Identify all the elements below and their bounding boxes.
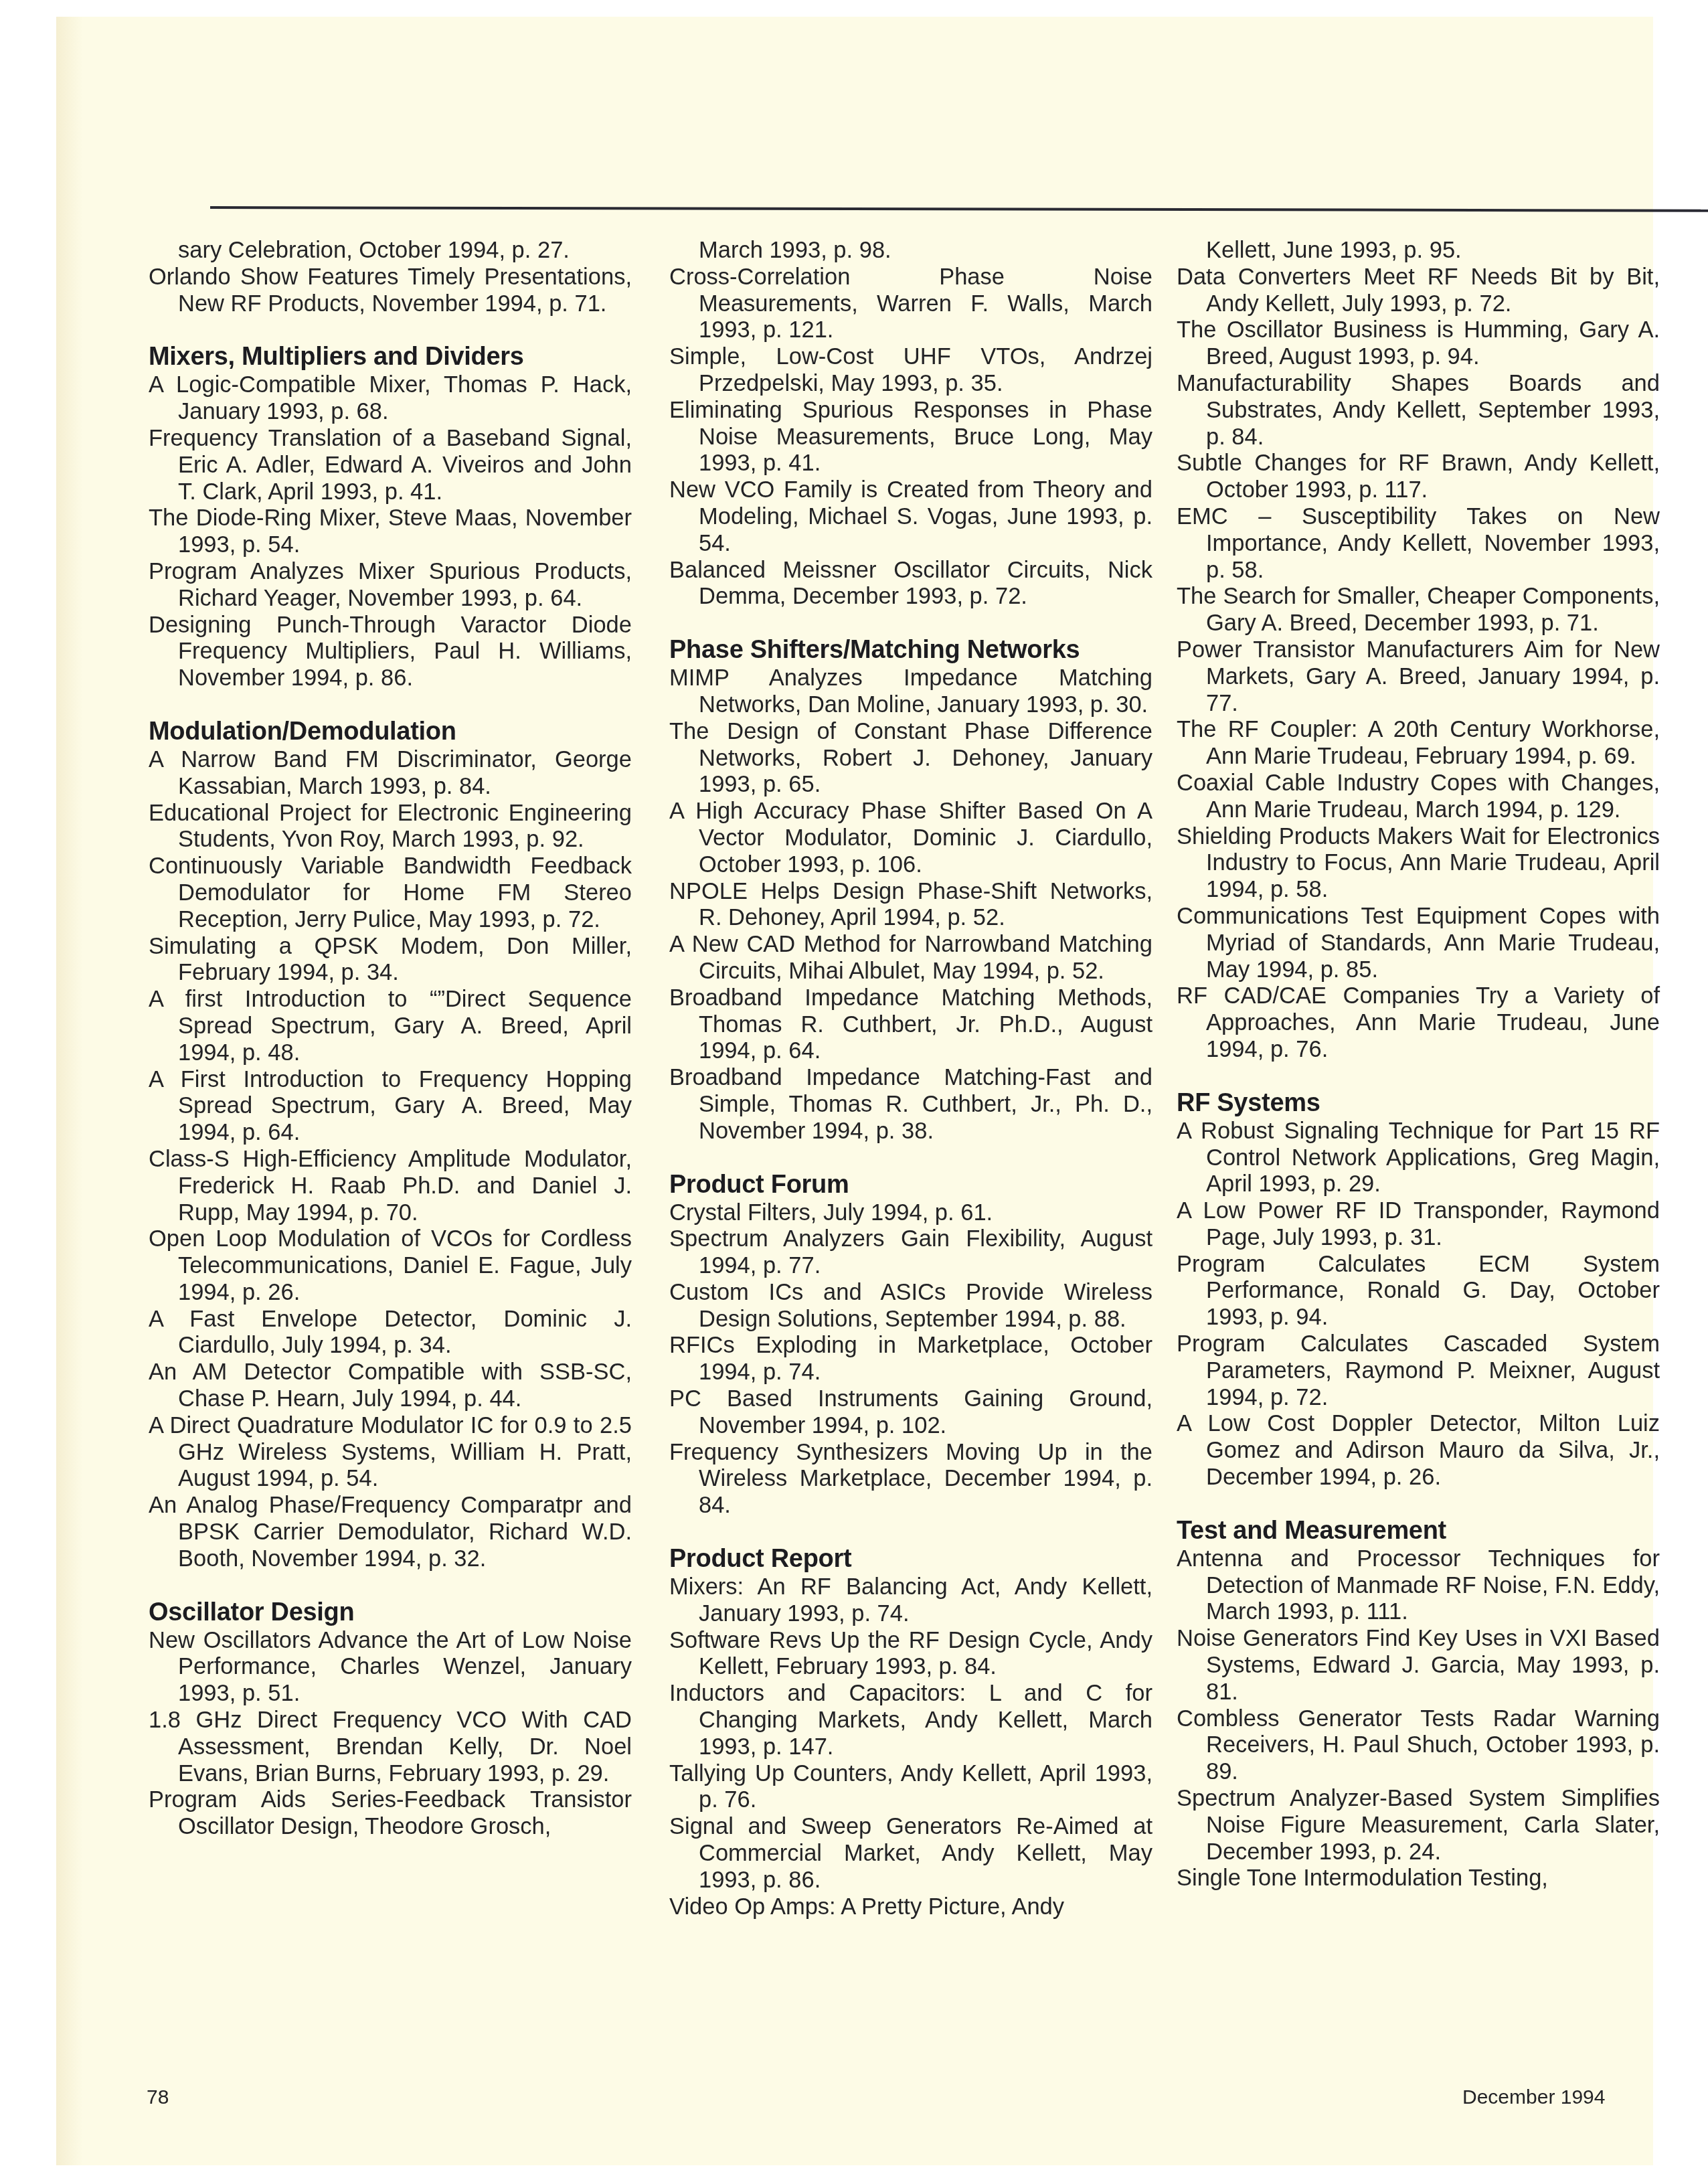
index-entry: PC Based Instruments Gaining Ground, Nov…	[669, 1386, 1152, 1440]
section-heading: Test and Measurement	[1177, 1517, 1660, 1545]
index-entry: Video Op Amps: A Pretty Picture, Andy	[669, 1894, 1152, 1921]
index-column-3: Kellett, June 1993, p. 95.Data Converter…	[1177, 238, 1660, 1892]
index-entry: A High Accuracy Phase Shifter Based On A…	[669, 799, 1152, 878]
index-entry: Communications Test Equipment Copes with…	[1177, 904, 1660, 983]
section-heading: Oscillator Design	[149, 1598, 632, 1626]
section-heading: Mixers, Multipliers and Dividers	[149, 343, 632, 371]
index-entry: Data Converters Meet RF Needs Bit by Bit…	[1177, 264, 1660, 318]
index-entry: A Logic-Compatible Mixer, Thomas P. Hack…	[149, 372, 632, 426]
index-entry: Program Aids Series-Feedback Transistor …	[149, 1787, 632, 1841]
issue-date: December 1994	[1462, 2086, 1605, 2109]
index-entry: The Search for Smaller, Cheaper Componen…	[1177, 584, 1660, 637]
section-heading: Product Forum	[669, 1171, 1152, 1199]
index-entry: Program Calculates ECM System Performanc…	[1177, 1252, 1660, 1331]
index-entry: New Oscillators Advance the Art of Low N…	[149, 1628, 632, 1707]
index-entry: Frequency Synthesizers Moving Up in the …	[669, 1440, 1152, 1519]
section-heading: Product Report	[669, 1545, 1152, 1573]
index-column-1: sary Celebration, October 1994, p. 27.Or…	[149, 238, 632, 1841]
index-entry: The Diode-Ring Mixer, Steve Maas, Novemb…	[149, 505, 632, 559]
index-entry-continued: sary Celebration, October 1994, p. 27.	[149, 238, 632, 264]
section-heading: Phase Shifters/Matching Networks	[669, 636, 1152, 664]
index-entry: NPOLE Helps Design Phase-Shift Networks,…	[669, 879, 1152, 932]
index-entry: EMC – Susceptibility Takes on New Import…	[1177, 504, 1660, 584]
index-entry: Designing Punch-Through Varactor Diode F…	[149, 612, 632, 692]
index-entry: Combless Generator Tests Radar Warning R…	[1177, 1706, 1660, 1786]
index-entry: Broadband Impedance Matching-Fast and Si…	[669, 1065, 1152, 1145]
index-entry: The RF Coupler: A 20th Century Workhorse…	[1177, 717, 1660, 770]
index-entry: Spectrum Analyzer-Based System Simplifie…	[1177, 1786, 1660, 1865]
index-entry: Eliminating Spurious Responses in Phase …	[669, 398, 1152, 477]
index-entry: Program Calculates Cascaded System Param…	[1177, 1331, 1660, 1411]
index-entry: A first Introduction to “”Direct Sequenc…	[149, 987, 632, 1066]
index-entry: Software Revs Up the RF Design Cycle, An…	[669, 1628, 1152, 1681]
section-heading: RF Systems	[1177, 1089, 1660, 1117]
index-entry: Single Tone Intermodulation Testing,	[1177, 1865, 1660, 1892]
index-entry: An AM Detector Compatible with SSB-SC, C…	[149, 1359, 632, 1413]
index-entry: A First Introduction to Frequency Hoppin…	[149, 1067, 632, 1147]
index-entry: Continuously Variable Bandwidth Feedback…	[149, 853, 632, 933]
index-entry: Frequency Translation of a Baseband Sign…	[149, 426, 632, 505]
index-entry: Broadband Impedance Matching Methods, Th…	[669, 985, 1152, 1065]
index-entry: Class-S High-Efficiency Amplitude Modula…	[149, 1147, 632, 1226]
index-entry: Noise Generators Find Key Uses in VXI Ba…	[1177, 1626, 1660, 1705]
index-entry: The Oscillator Business is Humming, Gary…	[1177, 317, 1660, 371]
index-entry: Inductors and Capacitors: L and C for Ch…	[669, 1681, 1152, 1760]
index-entry: New VCO Family is Created from Theory an…	[669, 477, 1152, 557]
index-column-2: March 1993, p. 98.Cross-Correlation Phas…	[669, 238, 1152, 1920]
index-entry: Subtle Changes for RF Brawn, Andy Kellet…	[1177, 450, 1660, 504]
index-entry-continued: March 1993, p. 98.	[669, 238, 1152, 264]
index-entry: Manufacturability Shapes Boards and Subs…	[1177, 371, 1660, 450]
page-number: 78	[147, 2086, 169, 2109]
index-entry: A Robust Signaling Technique for Part 15…	[1177, 1118, 1660, 1198]
index-entry: Simulating a QPSK Modem, Don Miller, Feb…	[149, 934, 632, 987]
index-entry: A Fast Envelope Detector, Dominic J. Cia…	[149, 1307, 632, 1360]
index-entry: Open Loop Modulation of VCOs for Cordles…	[149, 1226, 632, 1306]
index-entry: Antenna and Processor Techniques for Det…	[1177, 1546, 1660, 1626]
index-entry: Spectrum Analyzers Gain Flexibility, Aug…	[669, 1226, 1152, 1280]
index-entry: Balanced Meissner Oscillator Circuits, N…	[669, 558, 1152, 611]
index-entry: Custom ICs and ASICs Provide Wireless De…	[669, 1280, 1152, 1333]
index-entry: RF CAD/CAE Companies Try a Variety of Ap…	[1177, 983, 1660, 1063]
index-entry: Simple, Low-Cost UHF VTOs, Andrzej Przed…	[669, 344, 1152, 398]
index-entry: Educational Project for Electronic Engin…	[149, 801, 632, 854]
index-entry: RFICs Exploding in Marketplace, October …	[669, 1333, 1152, 1386]
index-entry: MIMP Analyzes Impedance Matching Network…	[669, 665, 1152, 719]
header-rule	[210, 206, 1708, 212]
index-entry: Power Transistor Manufacturers Aim for N…	[1177, 637, 1660, 717]
index-entry: A Direct Quadrature Modulator IC for 0.9…	[149, 1413, 632, 1493]
index-entry: Signal and Sweep Generators Re-Aimed at …	[669, 1814, 1152, 1894]
index-entry: Shielding Products Makers Wait for Elect…	[1177, 824, 1660, 904]
index-entry: A Narrow Band FM Discriminator, George K…	[149, 747, 632, 801]
index-entry: Cross-Correlation Phase Noise Measuremen…	[669, 264, 1152, 344]
index-entry: The Design of Constant Phase Difference …	[669, 719, 1152, 799]
index-entry: Mixers: An RF Balancing Act, Andy Kellet…	[669, 1574, 1152, 1628]
index-entry: Crystal Filters, July 1994, p. 61.	[669, 1200, 1152, 1227]
index-entry: Coaxial Cable Industry Copes with Change…	[1177, 770, 1660, 824]
index-entry: Tallying Up Counters, Andy Kellett, Apri…	[669, 1761, 1152, 1815]
index-entry: An Analog Phase/Frequency Comparatpr and…	[149, 1493, 632, 1572]
index-entry: Orlando Show Features Timely Presentatio…	[149, 264, 632, 318]
index-entry: A Low Cost Doppler Detector, Milton Luiz…	[1177, 1411, 1660, 1491]
index-entry: A New CAD Method for Narrowband Matching…	[669, 932, 1152, 985]
index-entry: 1.8 GHz Direct Frequency VCO With CAD As…	[149, 1707, 632, 1787]
index-entry: A Low Power RF ID Transponder, Raymond P…	[1177, 1198, 1660, 1252]
section-heading: Modulation/Demodulation	[149, 718, 632, 746]
index-entry-continued: Kellett, June 1993, p. 95.	[1177, 238, 1660, 264]
index-entry: Program Analyzes Mixer Spurious Products…	[149, 559, 632, 612]
